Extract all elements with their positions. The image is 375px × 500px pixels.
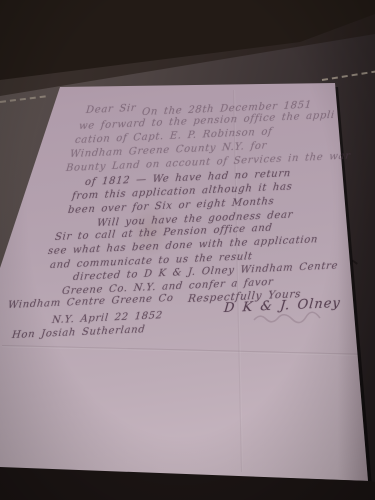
photo-of-handwritten-letter: Dear Sir On the 28th December 1851 we fo… (0, 0, 375, 500)
photo-vignette (0, 0, 375, 500)
